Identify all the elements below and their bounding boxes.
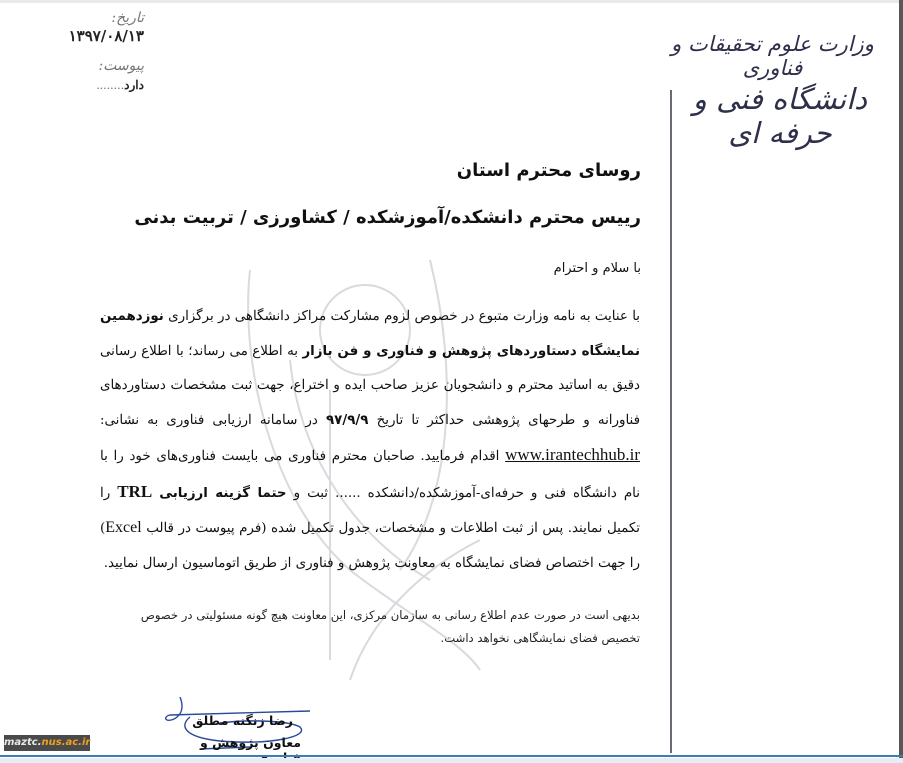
evaluation-option: حتما گزینه ارزیابی bbox=[159, 486, 286, 501]
attachment-label: پیوست: bbox=[98, 58, 144, 74]
top-edge bbox=[0, 0, 903, 3]
page-right-border bbox=[899, 0, 903, 763]
letter-date: تاریخ: ۱۳۹۷/۰۸/۱۳ bbox=[32, 7, 144, 45]
badge-text-1: maztc. bbox=[4, 737, 42, 748]
bottom-rule-shadow bbox=[0, 758, 903, 763]
irantechhub-link[interactable]: www.irantechhub.ir bbox=[505, 445, 640, 464]
university-letterhead: دانشگاه فنی و حرفه ای bbox=[665, 82, 895, 150]
date-label: تاریخ: bbox=[111, 10, 144, 26]
date-value: ۱۳۹۷/۰۸/۱۳ bbox=[69, 27, 144, 45]
ministry-letterhead: وزارت علوم تحقیقات و فناوری bbox=[655, 32, 890, 80]
badge-text-2: nus.ac.ir bbox=[42, 737, 91, 748]
recipient-line-1: روسای محترم استان bbox=[300, 160, 641, 181]
disclaimer-note: بدیهی است در صورت عدم اطلاع رسانی به ساز… bbox=[100, 604, 640, 650]
signatory-name: رضا زنگنه مطلق bbox=[180, 713, 293, 728]
attachment-value: دارد bbox=[124, 78, 144, 92]
letterhead-vertical-rule bbox=[670, 90, 672, 753]
recipient-line-2: رییس محترم دانشکده/آموزشکده / کشاورزی / … bbox=[140, 207, 641, 228]
body-text: در سامانه ارزیابی فناوری به نشانی: bbox=[100, 413, 326, 428]
greeting: با سلام و احترام bbox=[400, 261, 641, 276]
trl-term: TRL bbox=[117, 482, 152, 501]
attachment-dots: ........ bbox=[96, 79, 124, 92]
body-text: با عنایت به نامه وزارت متبوع در خصوص لزو… bbox=[164, 309, 640, 324]
letter-attachment: پیوست: دارد........ bbox=[48, 55, 144, 93]
bottom-rule bbox=[0, 755, 903, 757]
excel-term: Excel bbox=[105, 519, 141, 536]
deadline-date: ۹۷/۹/۹ bbox=[326, 413, 368, 428]
source-watermark-badge: maztc.nus.ac.ir bbox=[4, 735, 90, 751]
letter-body: با عنایت به نامه وزارت متبوع در خصوص لزو… bbox=[100, 300, 640, 581]
